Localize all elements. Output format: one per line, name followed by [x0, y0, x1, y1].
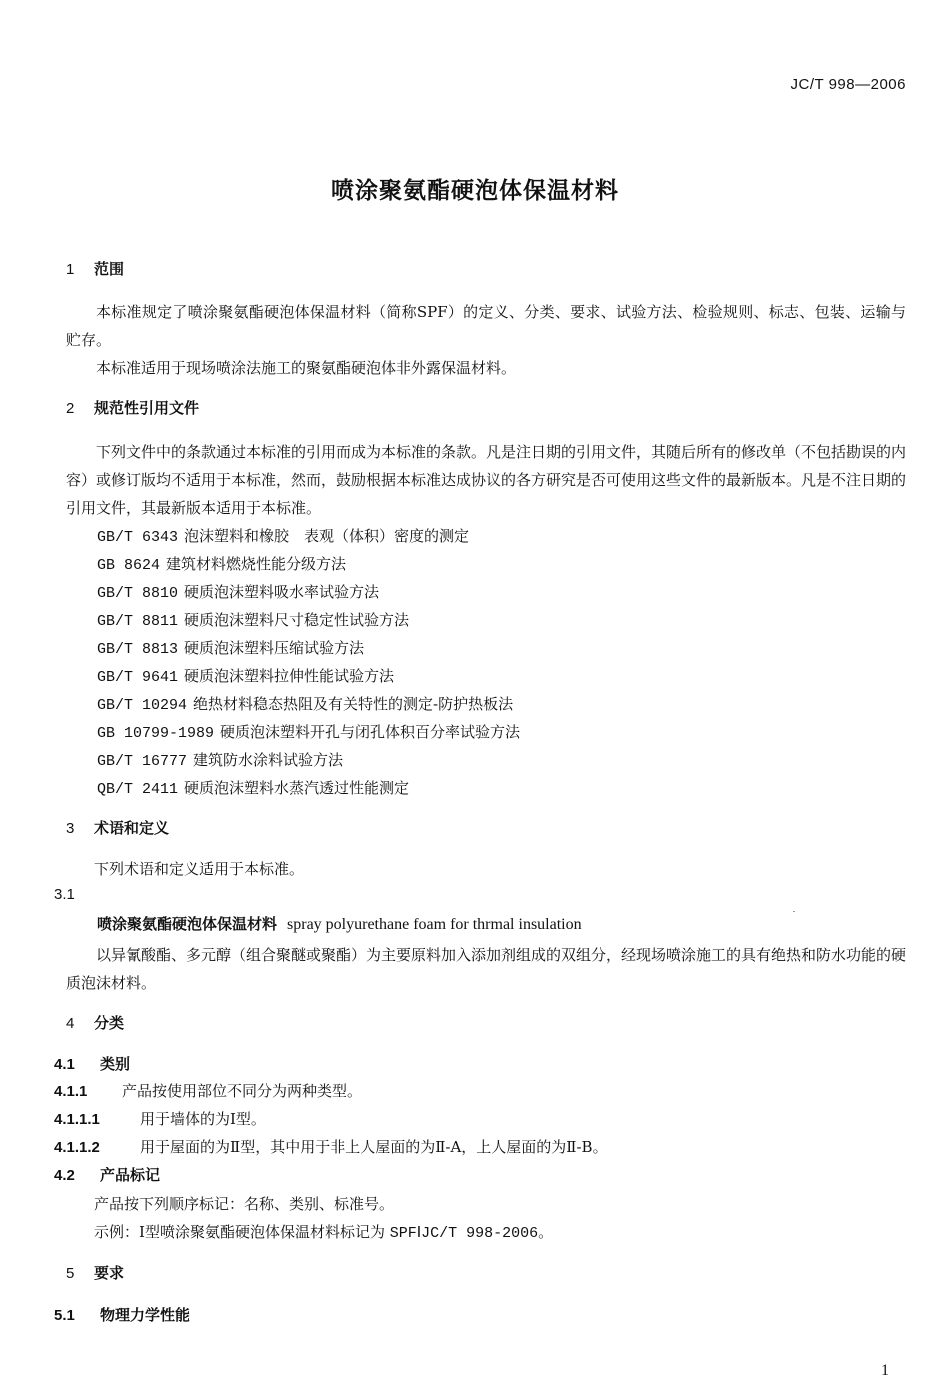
marking-rule: 产品按下列顺序标记：名称、类别、标准号。 — [94, 1193, 394, 1214]
reference-item: QB/T 2411硬质泡沫塑料水蒸汽透过性能测定 — [97, 777, 409, 798]
section-2-heading: 2规范性引用文件 — [66, 397, 199, 418]
subsection-4-1-heading: 4.1类别 — [54, 1053, 130, 1074]
section-title: 术语和定义 — [94, 819, 169, 837]
reference-item: GB 10799-1989硬质泡沫塑料开孔与闭孔体积百分率试验方法 — [97, 721, 520, 742]
subsection-4-2-heading: 4.2产品标记 — [54, 1164, 160, 1185]
section-number: 2 — [66, 400, 94, 417]
section-title: 分类 — [94, 1014, 124, 1032]
section-1-paragraph-1: 本标准规定了喷涂聚氨酯硬泡体保温材料（简称SPF）的定义、分类、要求、试验方法、… — [66, 298, 906, 354]
section-1-paragraph-2: 本标准适用于现场喷涂法施工的聚氨酯硬泡体非外露保温材料。 — [66, 354, 906, 382]
document-title: 喷涂聚氨酯硬泡体保温材料 — [0, 172, 950, 205]
term-definition: 以异氰酸酯、多元醇（组合聚醚或聚酯）为主要原料加入添加剂组成的双组分，经现场喷涂… — [66, 941, 906, 997]
reference-item: GB/T 6343泡沫塑料和橡胶 表观（体积）密度的测定 — [97, 525, 469, 546]
reference-item: GB 8624建筑材料燃烧性能分级方法 — [97, 553, 346, 574]
subsection-5-1-heading: 5.1物理力学性能 — [54, 1304, 190, 1325]
term-number: 3.1 — [54, 885, 75, 903]
reference-item: GB/T 8810硬质泡沫塑料吸水率试验方法 — [97, 581, 379, 602]
section-4-heading: 4分类 — [66, 1012, 124, 1033]
reference-item: GB/T 9641硬质泡沫塑料拉伸性能试验方法 — [97, 665, 394, 686]
term-chinese: 喷涂聚氨酯硬泡体保温材料 — [97, 915, 277, 933]
section-title: 规范性引用文件 — [94, 399, 199, 417]
section-2-paragraph: 下列文件中的条款通过本标准的引用而成为本标准的条款。凡是注日期的引用文件，其随后… — [66, 438, 906, 522]
section-number: 3 — [66, 820, 94, 837]
reference-item: GB/T 8811硬质泡沫塑料尺寸稳定性试验方法 — [97, 609, 409, 630]
term-entry: 喷涂聚氨酯硬泡体保温材料spray polyurethane foam for … — [97, 913, 582, 934]
reference-item: GB/T 16777建筑防水涂料试验方法 — [97, 749, 343, 770]
term-english: spray polyurethane foam for thrmal insul… — [287, 916, 582, 933]
clause-4-1-1-2: 4.1.1.2用于屋面的为Ⅱ型，其中用于非上人屋面的为Ⅱ-A，上人屋面的为Ⅱ-B… — [54, 1136, 608, 1157]
section-5-heading: 5要求 — [66, 1262, 124, 1283]
section-number: 4 — [66, 1015, 94, 1032]
scan-speck — [793, 911, 795, 912]
section-number: 1 — [66, 261, 94, 278]
reference-item: GB/T 10294绝热材料稳态热阻及有关特性的测定-防护热板法 — [97, 693, 513, 714]
section-3-heading: 3术语和定义 — [66, 817, 169, 838]
standard-code-header: JC/T 998—2006 — [791, 76, 906, 93]
section-3-intro: 下列术语和定义适用于本标准。 — [94, 858, 304, 879]
section-number: 5 — [66, 1265, 94, 1282]
page-number: 1 — [881, 1362, 889, 1380]
clause-4-1-1: 4.1.1产品按使用部位不同分为两种类型。 — [54, 1080, 362, 1101]
reference-item: GB/T 8813硬质泡沫塑料压缩试验方法 — [97, 637, 364, 658]
clause-4-1-1-1: 4.1.1.1用于墙体的为Ⅰ型。 — [54, 1108, 266, 1129]
marking-example: 示例：Ⅰ型喷涂聚氨酯硬泡体保温材料标记为 SPFⅠJC/T 998-2006。 — [94, 1221, 553, 1242]
section-title: 要求 — [94, 1264, 124, 1282]
section-title: 范围 — [94, 260, 124, 278]
section-1-heading: 1范围 — [66, 258, 124, 279]
